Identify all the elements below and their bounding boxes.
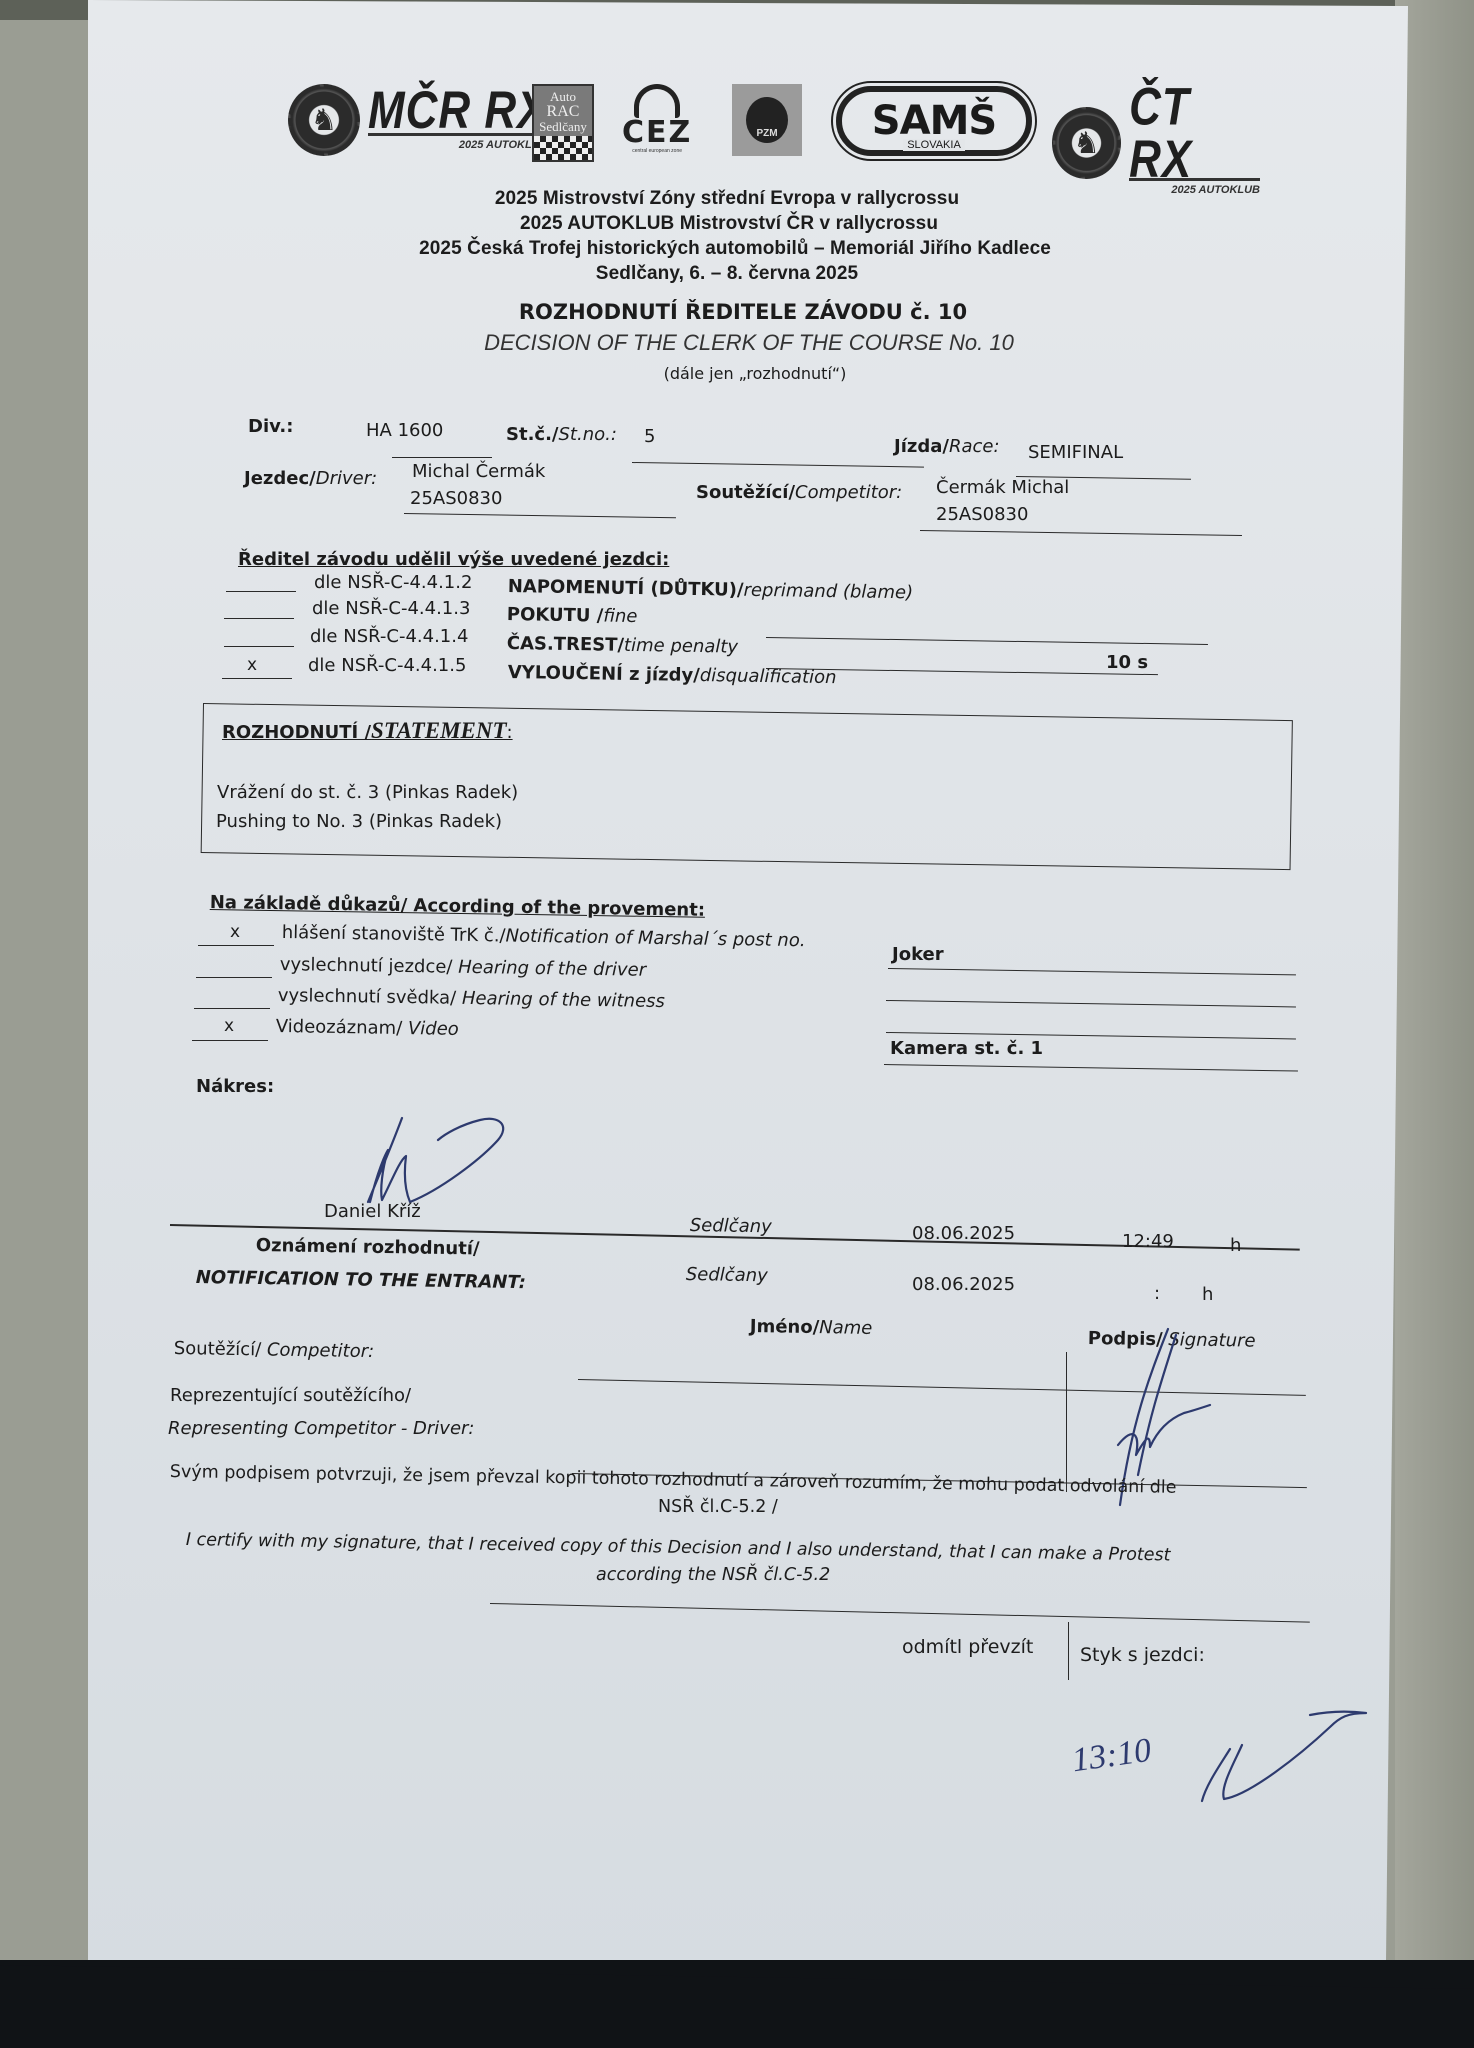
evidence-label: hlášení stanoviště TrK č./ <box>282 922 506 947</box>
certify-text-cz-2: NSŘ čl.C-5.2 / <box>658 1497 778 1517</box>
driver-contact-label: Styk s jezdci: <box>1080 1644 1205 1666</box>
evidence-label-en: Video <box>408 1018 459 1040</box>
evidence-label-en: Hearing of the witness <box>462 988 665 1012</box>
marshal-post-value: Joker <box>892 944 944 965</box>
statement-text-cz: Vrážení do st. č. 3 (Pinkas Radek) <box>217 782 518 803</box>
competitor-label: Soutěžící/ <box>696 482 795 503</box>
issuer-time-unit: h <box>1230 1235 1241 1256</box>
evidence-checkbox-line[interactable] <box>194 1008 270 1009</box>
event-title-2: 2025 AUTOKLUB Mistrovství ČR v rallycros… <box>0 213 1466 235</box>
time-penalty-value: 10 s <box>1106 652 1148 673</box>
logo-subtitle: central european zone <box>632 148 682 154</box>
name-header-en: Name <box>819 1317 872 1339</box>
race-label: Jízda/ <box>894 436 949 457</box>
penalties-heading: Ředitel závodu udělil výše uvedené jezdc… <box>238 549 669 570</box>
notification-label-cz: Oznámení rozhodnutí/ <box>256 1235 480 1260</box>
penalty-label: ČAS.TREST/ <box>507 633 625 656</box>
issuer-place: Sedlčany <box>690 1215 772 1237</box>
div-label: Div.: <box>248 416 293 437</box>
penalty-checkbox-line[interactable] <box>224 646 294 647</box>
sponsor-logos: ♞ MČR RX 2025 AUTOKLUB Auto RAC Sedlčany… <box>280 84 1260 174</box>
penalty-rule: dle NSŘ-C-4.4.1.5 <box>308 655 466 676</box>
sig-competitor-label-en: Competitor: <box>267 1339 375 1362</box>
issuer-time: 12:49 <box>1122 1231 1174 1252</box>
name-header: Jméno/ <box>750 1316 820 1338</box>
evidence-checkbox-line[interactable] <box>196 977 272 978</box>
penalty-rule: dle NSŘ-C-4.4.1.4 <box>310 626 468 647</box>
notification-place: Sedlčany <box>686 1264 768 1286</box>
penalty-label: NAPOMENUTÍ (DŮTKU)/ <box>508 576 744 601</box>
issuer-name: Daniel Kříž <box>324 1201 421 1222</box>
penalty-label: POKUTU / <box>507 604 604 627</box>
penalty-label-en: reprimand (blame) <box>743 580 913 604</box>
logo-line: RAC <box>547 104 580 121</box>
logo-line: Sedlčany <box>539 120 587 134</box>
video-source-value: Kamera st. č. 1 <box>890 1038 1043 1059</box>
contact-initials-signature <box>1190 1705 1370 1815</box>
evidence-checkbox-line[interactable] <box>198 945 274 946</box>
logo-sams: SAMŠ SLOVAKIA <box>836 86 1032 156</box>
logo-line: Auto <box>550 90 576 104</box>
notification-date: 08.06.2025 <box>912 1274 1015 1295</box>
certify-text-en-2: according the NSŘ čl.C-5.2 <box>596 1565 830 1585</box>
representing-label-en: Representing Competitor - Driver: <box>168 1418 475 1439</box>
competitor-label-en: Competitor: <box>795 482 902 503</box>
evidence-mark: x <box>230 922 240 942</box>
logo-ct-rx: ♞ ČT RX 2025 AUTOKLUB <box>1052 90 1260 196</box>
logo-rac-sedlcany: Auto RAC Sedlčany <box>532 84 594 162</box>
evidence-label: vyslechnutí svědka/ <box>278 985 462 1009</box>
evidence-mark: x <box>224 1016 234 1036</box>
event-title-3: 2025 Česká Trofej historických automobil… <box>0 238 1472 260</box>
competitor-name: Čermák Michal <box>936 477 1069 498</box>
statement-heading: ROZHODNUTÍ / <box>222 722 371 743</box>
penalty-rule: dle NSŘ-C-4.4.1.2 <box>314 572 472 593</box>
helmet-arch-icon <box>634 84 680 118</box>
refusal-divider <box>1068 1622 1069 1680</box>
logo-title: ČT RX <box>1129 81 1260 187</box>
logo-title: MČR RX <box>368 85 548 138</box>
pzm-emblem-icon: PZM <box>746 97 788 143</box>
penalty-checkbox-line[interactable] <box>224 618 294 619</box>
logo-pzm: PZM <box>732 84 802 156</box>
logo-subtitle: SLOVAKIA <box>903 139 965 151</box>
penalty-label-en: time penalty <box>624 635 738 658</box>
event-title-1: 2025 Mistrovství Zóny střední Evropa v r… <box>0 188 1464 210</box>
penalty-rule: dle NSŘ-C-4.4.1.3 <box>312 598 470 619</box>
evidence-label: vyslechnutí jezdce/ <box>280 954 459 978</box>
stno-label: St.č./ <box>506 424 559 445</box>
evidence-checkbox-line[interactable] <box>192 1040 268 1041</box>
race-value: SEMIFINAL <box>1028 442 1123 463</box>
penalty-mark: x <box>247 655 257 675</box>
logo-title: CEZ <box>622 118 692 148</box>
refused-label: odmítl převzít <box>902 1636 1033 1658</box>
evidence-label-en: Hearing of the driver <box>458 957 646 981</box>
penalty-label-en: disqualification <box>700 665 837 688</box>
stno-value: 5 <box>644 426 655 447</box>
evidence-label: Videozáznam/ <box>276 1016 408 1039</box>
representing-label-cz: Reprezentující soutěžícího/ <box>170 1385 411 1406</box>
driver-license: 25AS0830 <box>410 488 502 509</box>
driver-name: Michal Čermák <box>412 461 545 482</box>
penalty-checkbox-line[interactable] <box>226 591 296 592</box>
penalty-label-en: fine <box>603 606 637 628</box>
div-underline <box>392 457 492 458</box>
colon: : <box>507 722 513 743</box>
stno-label-en: St.no.: <box>559 424 617 445</box>
issuer-date: 08.06.2025 <box>912 1223 1015 1244</box>
competitor-license: 25AS0830 <box>936 504 1028 525</box>
driver-label: Jezdec/ <box>244 468 316 489</box>
logo-title: SAMŠ <box>872 103 996 139</box>
decision-title-en: DECISION OF THE CLERK OF THE COURSE No. … <box>12 330 1474 356</box>
lion-gear-icon: ♞ <box>288 84 360 156</box>
driver-label-en: Driver: <box>316 468 377 489</box>
drawing-label: Nákres: <box>196 1076 274 1097</box>
sig-competitor-label: Soutěžící/ <box>174 1338 267 1360</box>
penalty-label: VYLOUČENÍ z jízdy/ <box>508 662 700 686</box>
event-date-place: Sedlčany, 6. – 8. června 2025 <box>0 263 1464 285</box>
penalty-checkbox-line[interactable] <box>222 678 292 679</box>
sig-column-divider <box>1066 1352 1067 1492</box>
lion-gear-icon: ♞ <box>1052 107 1121 179</box>
statement-text-en: Pushing to No. 3 (Pinkas Radek) <box>216 811 502 832</box>
div-value: HA 1600 <box>366 420 443 441</box>
checkered-flag-icon <box>534 136 592 160</box>
decision-note: (dále jen „rozhodnutí“) <box>18 364 1474 383</box>
notification-time: : <box>1154 1283 1160 1304</box>
notification-time-unit: h <box>1202 1284 1213 1305</box>
logo-cez: CEZ central european zone <box>622 84 692 154</box>
logo-mcr-rx: ♞ MČR RX 2025 AUTOKLUB <box>288 84 548 156</box>
race-label-en: Race: <box>949 436 1000 457</box>
clerk-signature <box>330 1110 550 1215</box>
statement-heading-en: STATEMENT <box>371 718 506 743</box>
decision-title-cz: ROZHODNUTÍ ŘEDITELE ZÁVODU č. 10 <box>6 300 1474 324</box>
